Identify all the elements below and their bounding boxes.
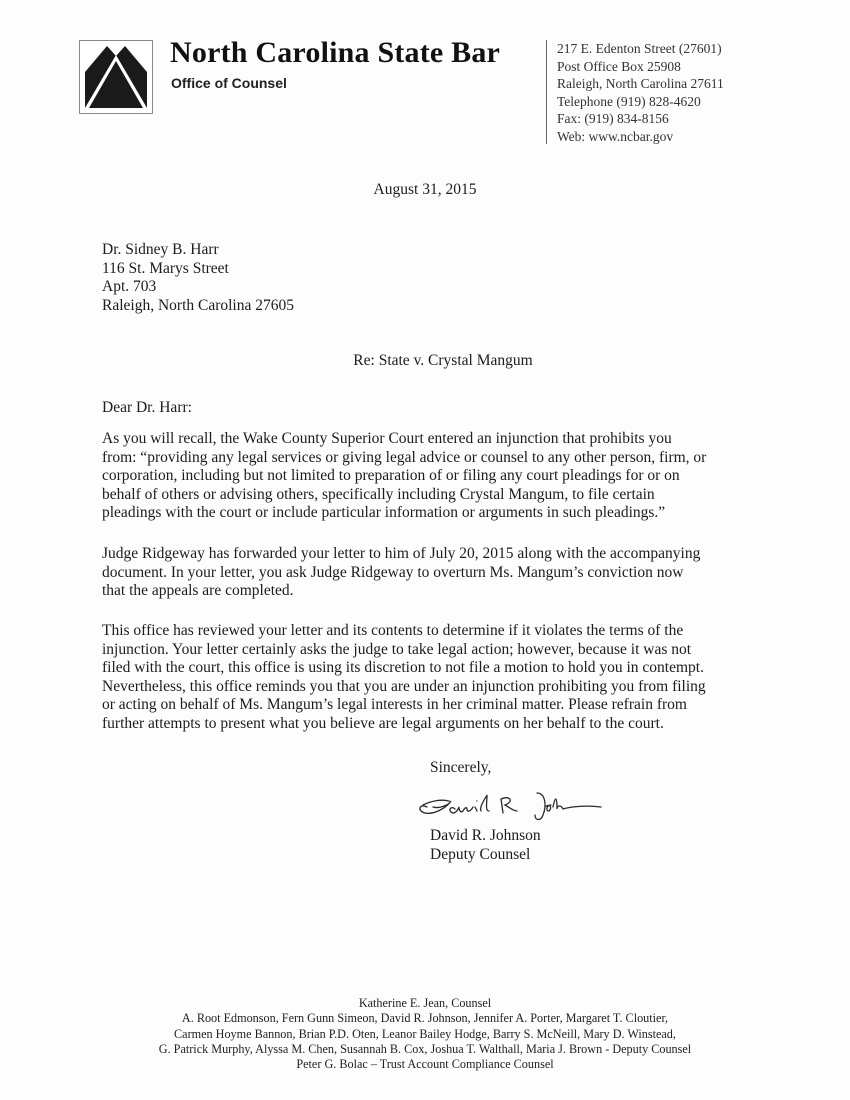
contact-block: 217 E. Edenton Street (27601) Post Offic…: [557, 40, 724, 145]
letter-date: August 31, 2015: [0, 181, 850, 200]
handwritten-signature-icon: [405, 785, 605, 830]
triangle-logo-icon: [85, 46, 147, 108]
contact-telephone: Telephone (919) 828-4620: [557, 93, 724, 111]
paragraph-judge-letter: Judge Ridgeway has forwarded your letter…: [102, 545, 762, 601]
recipient-address: Dr. Sidney B. Harr 116 St. Marys Street …: [102, 241, 294, 315]
contact-fax: Fax: (919) 834-8156: [557, 110, 724, 128]
footer-line: Katherine E. Jean, Counsel: [0, 996, 850, 1011]
footer-line: A. Root Edmonson, Fern Gunn Simeon, Davi…: [0, 1011, 850, 1026]
paragraph-line: As you will recall, the Wake County Supe…: [102, 430, 762, 449]
paragraph-line: document. In your letter, you ask Judge …: [102, 564, 762, 583]
paragraph-line: corporation, including but not limited t…: [102, 467, 762, 486]
signer-block: David R. Johnson Deputy Counsel: [430, 827, 541, 864]
office-name: Office of Counsel: [171, 75, 287, 91]
paragraph-line: pleadings with the court or include part…: [102, 504, 762, 523]
letterhead-divider: [546, 40, 547, 144]
paragraph-line: filed with the court, this office is usi…: [102, 659, 762, 678]
salutation: Dear Dr. Harr:: [102, 399, 192, 418]
contact-street: 217 E. Edenton Street (27601): [557, 40, 724, 58]
recipient-city: Raleigh, North Carolina 27605: [102, 297, 294, 316]
subject-line: Re: State v. Crystal Mangum: [0, 352, 850, 371]
paragraph-line: or acting on behalf of Ms. Mangum’s lega…: [102, 696, 762, 715]
paragraph-line: Judge Ridgeway has forwarded your letter…: [102, 545, 762, 564]
organization-name: North Carolina State Bar: [170, 36, 500, 70]
paragraph-line: This office has reviewed your letter and…: [102, 622, 762, 641]
closing: Sincerely,: [430, 759, 491, 778]
footer-line: Carmen Hoyme Bannon, Brian P.D. Oten, Le…: [0, 1027, 850, 1042]
organization-logo: [79, 40, 153, 114]
footer-line: G. Patrick Murphy, Alyssa M. Chen, Susan…: [0, 1042, 850, 1057]
paragraph-line: from: “providing any legal services or g…: [102, 449, 762, 468]
paragraph-line: further attempts to present what you bel…: [102, 715, 762, 734]
paragraph-line: injunction. Your letter certainly asks t…: [102, 641, 762, 660]
recipient-street: 116 St. Marys Street: [102, 260, 294, 279]
paragraph-line: Nevertheless, this office reminds you th…: [102, 678, 762, 697]
paragraph-review: This office has reviewed your letter and…: [102, 622, 762, 733]
contact-po-box: Post Office Box 25908: [557, 58, 724, 76]
paragraph-line: behalf of others or advising others, spe…: [102, 486, 762, 505]
signer-name: David R. Johnson: [430, 827, 541, 846]
paragraph-line: that the appeals are completed.: [102, 582, 762, 601]
recipient-name: Dr. Sidney B. Harr: [102, 241, 294, 260]
recipient-apt: Apt. 703: [102, 278, 294, 297]
staff-footer: Katherine E. Jean, Counsel A. Root Edmon…: [0, 996, 850, 1072]
footer-line: Peter G. Bolac – Trust Account Complianc…: [0, 1057, 850, 1072]
signer-title: Deputy Counsel: [430, 846, 541, 865]
paragraph-injunction: As you will recall, the Wake County Supe…: [102, 430, 762, 523]
contact-web: Web: www.ncbar.gov: [557, 128, 724, 146]
contact-city: Raleigh, North Carolina 27611: [557, 75, 724, 93]
